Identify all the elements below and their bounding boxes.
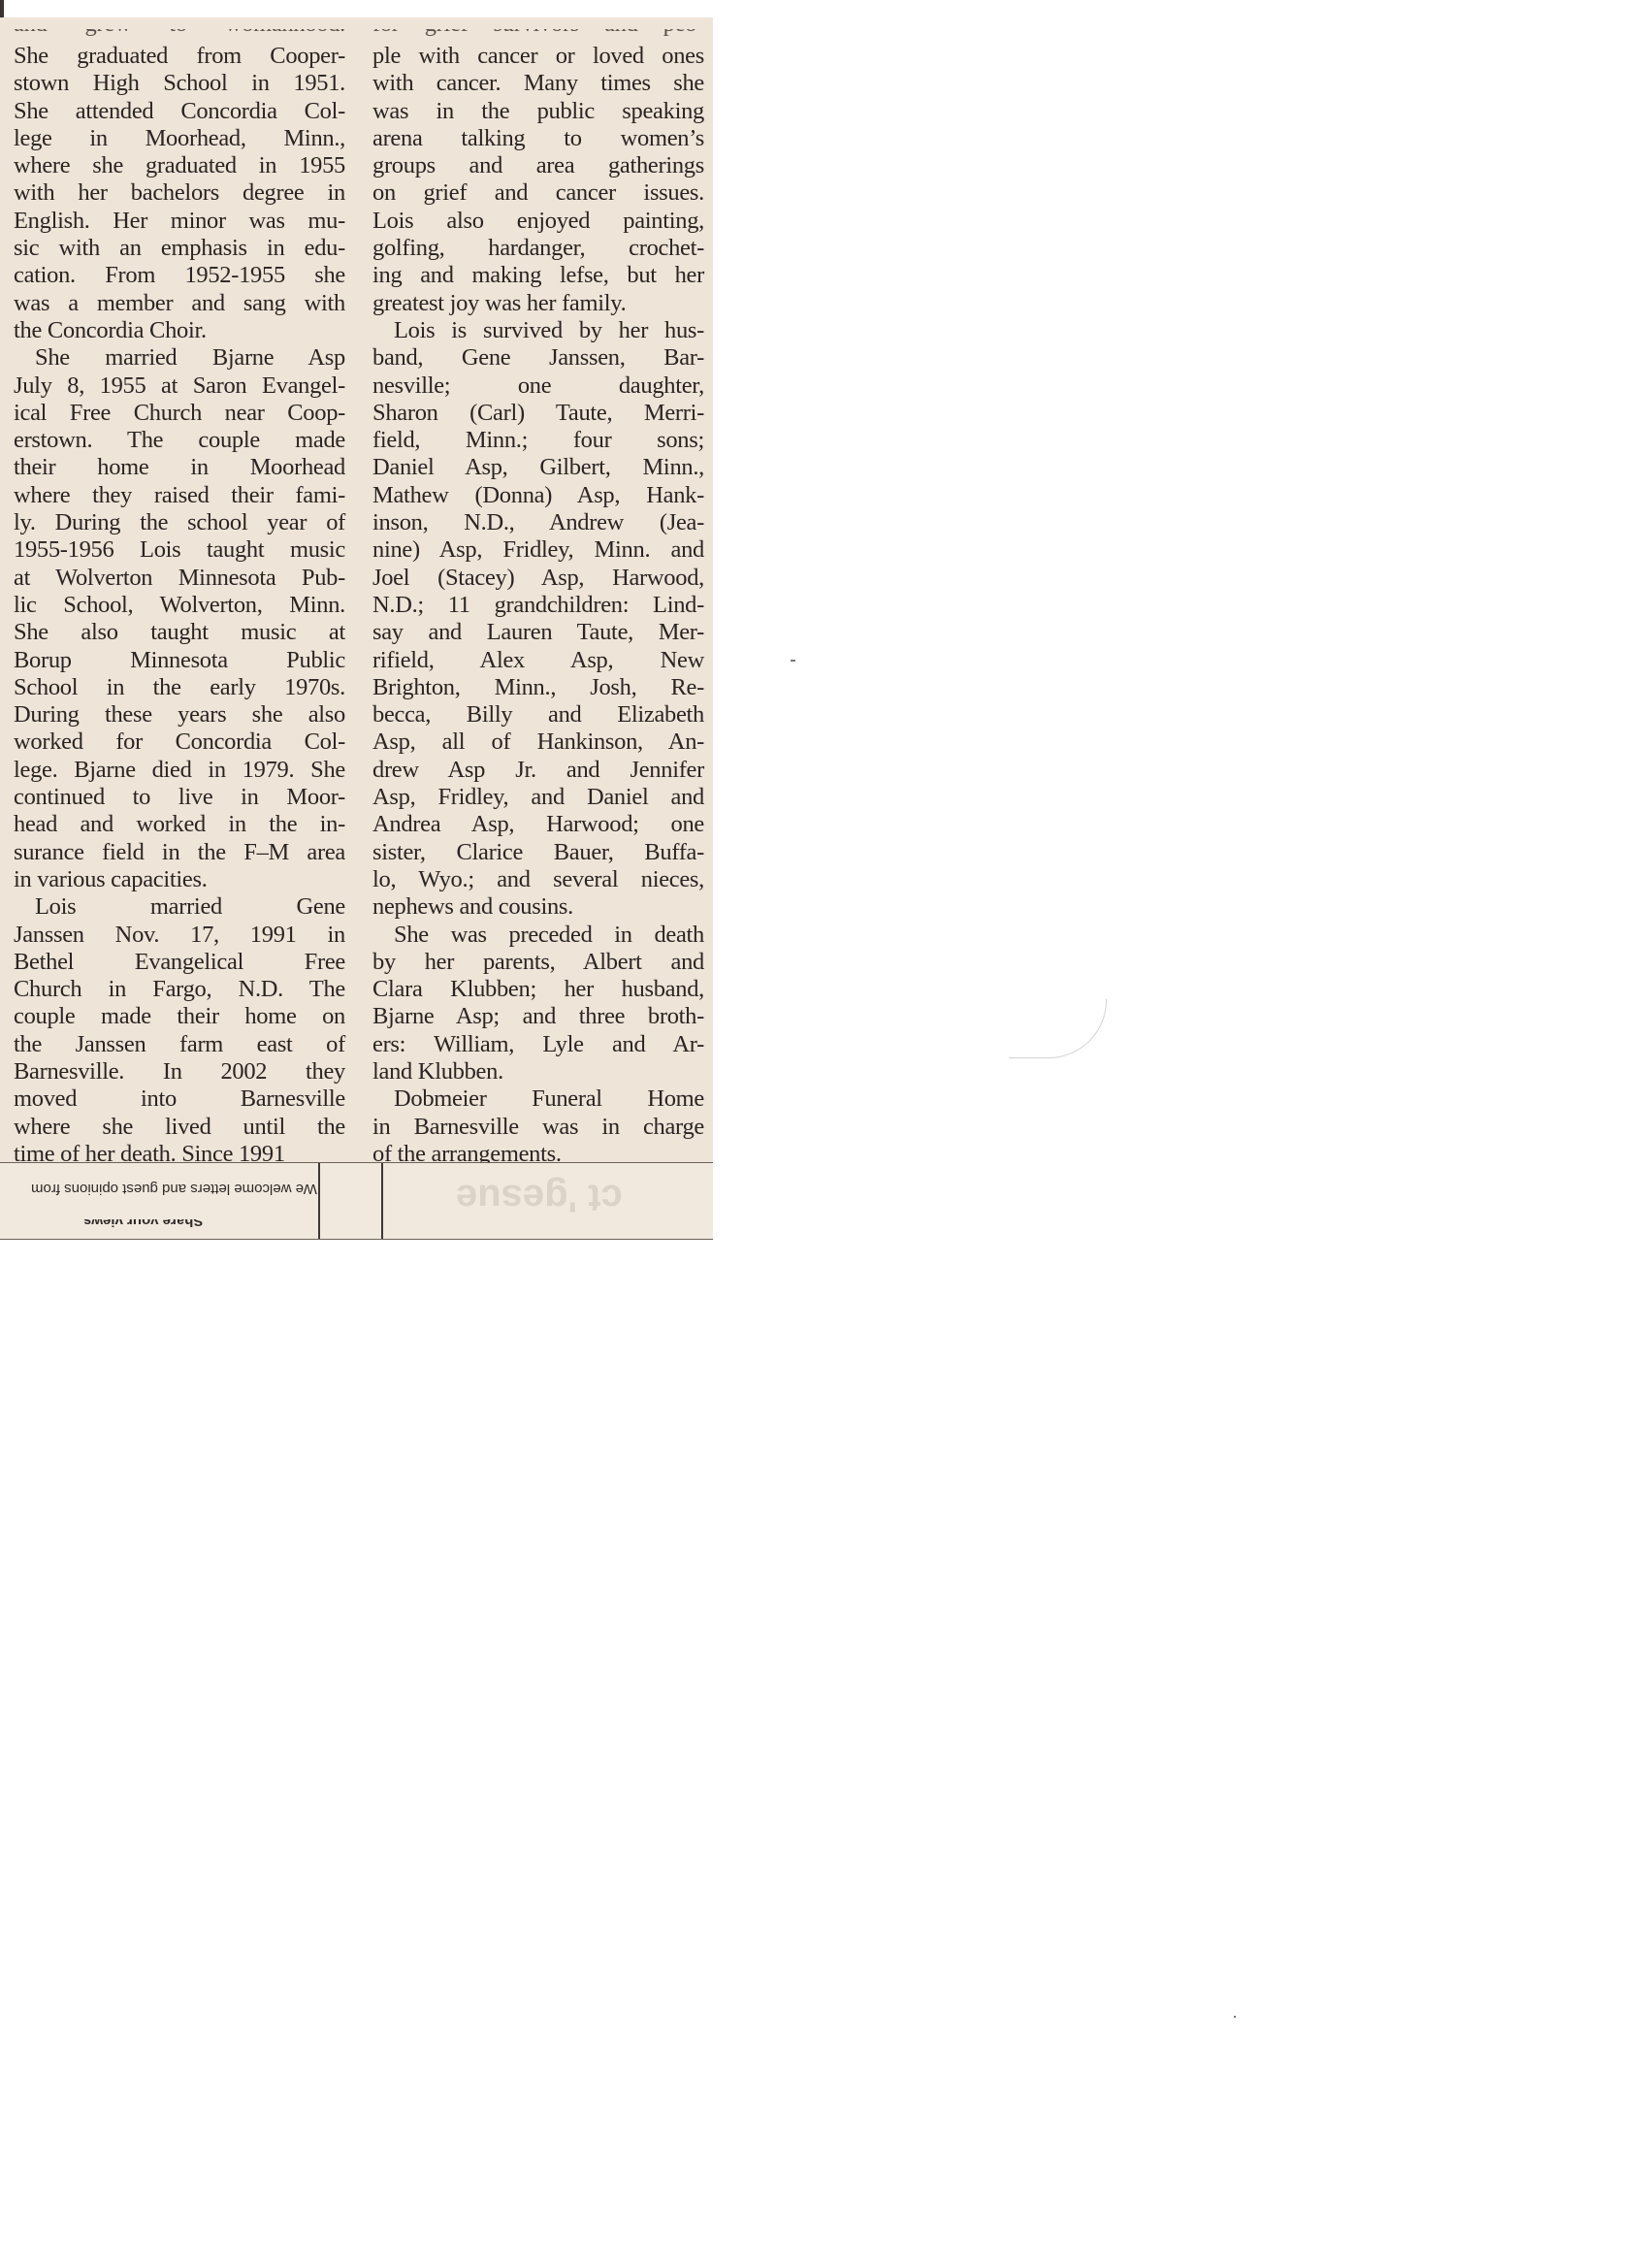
- text-line: cation. From 1952-1955 she: [14, 262, 345, 289]
- text-line: was in the public speaking: [372, 98, 704, 125]
- text-line: Church in Fargo, N.D. The: [14, 976, 345, 1003]
- text-line: Lois also enjoyed painting,: [372, 208, 704, 235]
- text-line: the Concordia Choir.: [14, 317, 345, 344]
- upside-down-letters-text: We welcome letters and guest opinions fr…: [31, 1181, 317, 1197]
- bleed-through-text: ct 'gesue: [456, 1176, 623, 1219]
- text-line: sic with an emphasis in edu-: [14, 235, 345, 262]
- text-line: becca, Billy and Elizabeth: [372, 701, 704, 729]
- text-line: sister, Clarice Bauer, Buffa-: [372, 839, 704, 866]
- text-line: ing and making lefse, but her: [372, 262, 704, 289]
- text-line: Asp, all of Hankinson, An-: [372, 729, 704, 756]
- text-line: Asp, Fridley, and Daniel and: [372, 784, 704, 811]
- text-line: on grief and cancer issues.: [372, 179, 704, 207]
- left-column: and grew to womanhood.She graduated from…: [14, 29, 345, 1168]
- text-line: say and Lauren Taute, Mer-: [372, 619, 704, 646]
- text-line: at Wolverton Minnesota Pub-: [14, 565, 345, 592]
- text-line: Janssen Nov. 17, 1991 in: [14, 922, 345, 949]
- newspaper-clipping: and grew to womanhood.She graduated from…: [0, 17, 713, 1172]
- scan-speck: [791, 660, 795, 662]
- text-line: was a member and sang with: [14, 290, 345, 317]
- text-line: Lois is survived by her hus-: [372, 317, 704, 344]
- text-line: School in the early 1970s.: [14, 674, 345, 701]
- text-line: lege in Moorhead, Minn.,: [14, 125, 345, 152]
- text-line: rifield, Alex Asp, New: [372, 647, 704, 674]
- text-line: She attended Concordia Col-: [14, 98, 345, 125]
- text-line: lic School, Wolverton, Minn.: [14, 592, 345, 619]
- text-line: She also taught music at: [14, 619, 345, 646]
- text-line: N.D.; 11 grandchildren: Lind-: [372, 592, 704, 619]
- text-line: erstown. The couple made: [14, 427, 345, 454]
- text-line: ers: William, Lyle and Ar-: [372, 1031, 704, 1058]
- scan-speck: [1234, 2016, 1236, 2018]
- cut-off-text-line: and grew to womanhood.: [14, 29, 345, 43]
- text-line: drew Asp Jr. and Jennifer: [372, 757, 704, 784]
- text-line: English. Her minor was mu-: [14, 208, 345, 235]
- text-line: field, Minn.; four sons;: [372, 427, 704, 454]
- text-line: worked for Concordia Col-: [14, 729, 345, 756]
- text-line: Lois married Gene: [14, 893, 345, 921]
- text-line: inson, N.D., Andrew (Jea-: [372, 509, 704, 536]
- text-line: Borup Minnesota Public: [14, 647, 345, 674]
- text-line: Andrea Asp, Harwood; one: [372, 811, 704, 838]
- scan-edge-mark: [0, 0, 4, 19]
- text-line: July 8, 1955 at Saron Evangel-: [14, 373, 345, 400]
- text-line: Dobmeier Funeral Home: [372, 1085, 704, 1113]
- text-line: nephews and cousins.: [372, 893, 704, 921]
- text-line: with her bachelors degree in: [14, 179, 345, 207]
- text-line: Bethel Evangelical Free: [14, 949, 345, 976]
- text-line: ical Free Church near Coop-: [14, 400, 345, 427]
- text-line: She graduated from Cooper-: [14, 43, 345, 70]
- text-line: Bjarne Asp; and three broth-: [372, 1003, 704, 1030]
- text-line: groups and area gatherings: [372, 152, 704, 179]
- text-line: Brighton, Minn., Josh, Re-: [372, 674, 704, 701]
- text-line: nesville; one daughter,: [372, 373, 704, 400]
- cut-off-text: for grief survivors and peo-: [372, 29, 704, 31]
- text-line: lege. Bjarne died in 1979. She: [14, 757, 345, 784]
- text-line: Mathew (Donna) Asp, Hank-: [372, 482, 704, 509]
- text-line: She was preceded in death: [372, 922, 704, 949]
- text-line: where she graduated in 1955: [14, 152, 345, 179]
- text-line: During these years she also: [14, 701, 345, 729]
- column-rule: [381, 1163, 383, 1239]
- text-line: arena talking to women’s: [372, 125, 704, 152]
- text-line: Joel (Stacey) Asp, Harwood,: [372, 565, 704, 592]
- text-line: Barnesville. In 2002 they: [14, 1058, 345, 1085]
- text-line: head and worked in the in-: [14, 811, 345, 838]
- right-column: for grief survivors and peo-ple with can…: [372, 29, 704, 1168]
- cut-off-text-line: for grief survivors and peo-: [372, 29, 704, 43]
- text-line: lo, Wyo.; and several nieces,: [372, 866, 704, 893]
- paper-curl-mark: [1009, 999, 1107, 1058]
- text-line: couple made their home on: [14, 1003, 345, 1030]
- text-line: stown High School in 1951.: [14, 70, 345, 97]
- text-line: continued to live in Moor-: [14, 784, 345, 811]
- text-line: nine) Asp, Fridley, Minn. and: [372, 536, 704, 564]
- text-line: greatest joy was her family.: [372, 290, 704, 317]
- text-line: land Klubben.: [372, 1058, 704, 1085]
- text-line: Sharon (Carl) Taute, Merri-: [372, 400, 704, 427]
- text-line: 1955-1956 Lois taught music: [14, 536, 345, 564]
- text-line: in Barnesville was in charge: [372, 1114, 704, 1141]
- cut-off-text: and grew to womanhood.: [14, 29, 345, 31]
- text-line: their home in Moorhead: [14, 454, 345, 481]
- column-rule: [318, 1163, 320, 1239]
- text-line: by her parents, Albert and: [372, 949, 704, 976]
- text-line: moved into Barnesville: [14, 1085, 345, 1113]
- text-line: where they raised their fami-: [14, 482, 345, 509]
- text-line: surance field in the F–M area: [14, 839, 345, 866]
- text-line: with cancer. Many times she: [372, 70, 704, 97]
- text-line: Clara Klubben; her husband,: [372, 976, 704, 1003]
- text-line: Daniel Asp, Gilbert, Minn.,: [372, 454, 704, 481]
- text-line: ly. During the school year of: [14, 509, 345, 536]
- upside-down-share-views-text: Share your views: [83, 1219, 203, 1229]
- text-line: She married Bjarne Asp: [14, 344, 345, 372]
- text-line: ple with cancer or loved ones: [372, 43, 704, 70]
- text-line: where she lived until the: [14, 1114, 345, 1141]
- text-line: golfing, hardanger, crochet-: [372, 235, 704, 262]
- text-line: band, Gene Janssen, Bar-: [372, 344, 704, 372]
- text-line: the Janssen farm east of: [14, 1031, 345, 1058]
- text-line: in various capacities.: [14, 866, 345, 893]
